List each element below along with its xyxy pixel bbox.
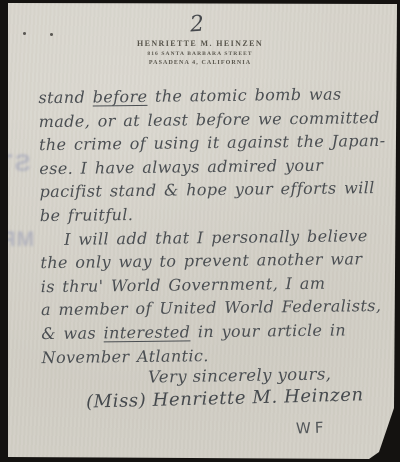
handwritten-line: the crime of using it against the Japan- bbox=[39, 129, 395, 157]
archivist-initials: WF bbox=[296, 418, 328, 437]
letterhead: HENRIETTE M. HEINZEN 816 SANTA BARBARA S… bbox=[0, 39, 400, 66]
stamp-bleedthrough: ST bbox=[0, 150, 31, 178]
letter-paper: 2 HENRIETTE M. HEINZEN 816 SANTA BARBARA… bbox=[0, 0, 400, 462]
handwritten-line: & was interested in your article in bbox=[41, 318, 397, 346]
staple-hole bbox=[23, 32, 26, 35]
photo-background: 2 HENRIETTE M. HEINZEN 816 SANTA BARBARA… bbox=[0, 0, 400, 462]
letter-body: stand before the atomic bomb was made, o… bbox=[38, 82, 397, 369]
letterhead-street: 816 SANTA BARBARA STREET bbox=[0, 51, 400, 57]
underlined-word: before bbox=[93, 87, 148, 107]
valediction: Very sincerely yours, bbox=[148, 364, 332, 386]
handwritten-line: pacifist stand & hope your efforts will bbox=[39, 176, 395, 204]
letterhead-city: PASADENA 4, CALIFORNIA bbox=[0, 60, 400, 66]
handwritten-line: November Atlantic. bbox=[41, 341, 397, 369]
letterhead-name: HENRIETTE M. HEINZEN bbox=[0, 39, 400, 48]
handwritten-line: the only way to prevent another war bbox=[40, 247, 396, 275]
underlined-word: interested bbox=[103, 322, 190, 342]
stamp-bleedthrough: MPA bbox=[0, 228, 34, 252]
staple-hole bbox=[50, 33, 53, 36]
page-number: 2 bbox=[189, 12, 205, 38]
signature: (Miss) Henriette M. Heinzen bbox=[86, 384, 364, 412]
